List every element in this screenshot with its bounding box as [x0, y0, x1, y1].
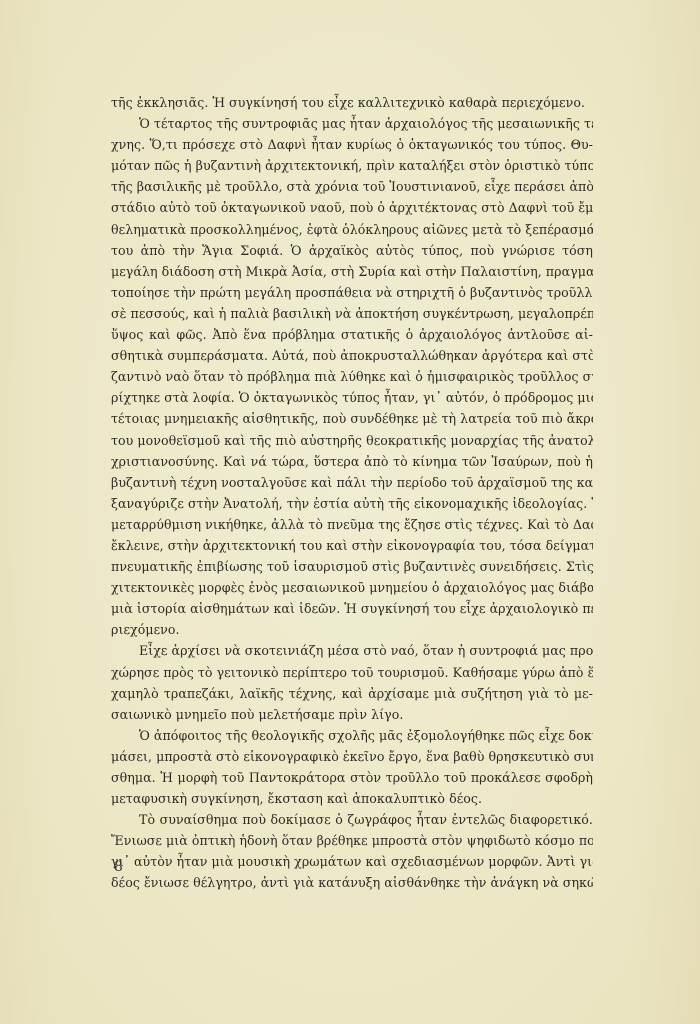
- text-line: Ἔνιωσε μιὰ ὀπτικὴ ἡδονὴ ὅταν βρέθηκε μπρ…: [111, 830, 593, 851]
- text-line: ρίχτηκε στὰ λοφία. Ὁ ὀκταγωνικὸς τύπος ἦ…: [111, 387, 593, 408]
- text-line: χιτεκτονικὲς μορφὲς ἑνὸς μεσαιωνικοῦ μνη…: [111, 577, 593, 598]
- text-line: του ἀπὸ τὴν Ἅγια Σοφιά. Ὁ ἀρχαϊκὸς αὐτὸς…: [111, 240, 593, 261]
- text-line: μεταρρύθμιση νικήθηκε, ἀλλὰ τὸ πνεῦμα τη…: [111, 514, 593, 535]
- text-line: χνης. Ὅ,τι πρόσεχε στὸ Δαφνὶ ἦταν κυρίως…: [111, 134, 593, 155]
- text-line: χώρησε πρὸς τὸ γειτονικὸ περίπτερο τοῦ τ…: [111, 662, 593, 683]
- text-line: τῆς βασιλικῆς μὲ τροῦλλο, στὰ χρόνια τοῦ…: [111, 176, 593, 197]
- text-line: τῆς ἐκκλησιᾶς. Ἡ συγκίνησή του εἶχε καλλ…: [111, 92, 593, 113]
- text-line: χαμηλὸ τραπεζάκι, λαϊκῆς τέχνης, καὶ ἀρχ…: [111, 683, 593, 704]
- text-line: πνευματικῆς ἐπιβίωσης τοῦ ἰσαυρισμοῦ στὶ…: [111, 556, 593, 577]
- text-line: Εἶχε ἀρχίσει νὰ σκοτεινιάζη μέσα στὸ ναό…: [111, 640, 593, 661]
- text-line: μεταφυσικὴ συγκίνηση, ἔκσταση καὶ ἀποκαλ…: [111, 788, 593, 809]
- text-line: χριστιανοσύνης. Καὶ νά τώρα, ὕστερα ἀπὸ …: [111, 451, 593, 472]
- text-line: βυζαντινὴ τέχνη νοσταλγοῦσε καὶ πάλι τὴν…: [111, 472, 593, 493]
- body-text: τῆς ἐκκλησιᾶς. Ἡ συγκίνησή του εἶχε καλλ…: [111, 92, 593, 894]
- text-line: στάδιο αὐτὸ τοῦ ὀκταγωνικοῦ ναοῦ, ποὺ ὁ …: [111, 197, 593, 218]
- text-line: Ὁ τέταρτος τῆς συντροφιᾶς μας ἦταν ἀρχαι…: [111, 113, 593, 134]
- text-line: μάσει, μπροστὰ στὸ εἰκονογραφικὸ ἐκεῖνο …: [111, 746, 593, 767]
- text-line: μεγάλη διάδοση στὴ Μικρὰ Ἀσία, στὴ Συρία…: [111, 261, 593, 282]
- text-line: τοποίησε τὴν πρώτη μεγάλη προσπάθεια νὰ …: [111, 282, 593, 303]
- page-number: 8: [114, 857, 123, 877]
- text-line: ζαντινὸ ναὸ ὅταν τὸ πρόβλημα πιὰ λύθηκε …: [111, 366, 593, 387]
- text-line: σαιωνικὸ μνημεῖο ποὺ μελετήσαμε πρὶν λίγ…: [111, 704, 593, 725]
- text-line: του μονοθεϊσμοῦ καὶ τῆς πιὸ αὐστηρῆς θεο…: [111, 430, 593, 451]
- text-line: μιὰ ἱστορία αἰσθημάτων καὶ ἰδεῶν. Ἡ συγκ…: [111, 598, 593, 619]
- text-line: ξαναγύριζε στὴν Ἀνατολή, τὴν ἑστία αὐτὴ …: [111, 493, 593, 514]
- text-line: ριεχόμενο.: [111, 619, 593, 640]
- text-line: σθημα. Ἡ μορφὴ τοῦ Παντοκράτορα στὸν τρο…: [111, 767, 593, 788]
- text-line: σὲ πεσσούς, καὶ ἡ παλιὰ βασιλικὴ νὰ ἀποκ…: [111, 303, 593, 324]
- book-page: τῆς ἐκκλησιᾶς. Ἡ συγκίνησή του εἶχε καλλ…: [0, 0, 700, 1024]
- text-line: γι᾽ αὐτὸν ἦταν μιὰ μουσικὴ χρωμάτων καὶ …: [111, 851, 593, 872]
- text-line: Τὸ συναίσθημα ποὺ δοκίμασε ὁ ζωγράφος ἦτ…: [111, 809, 593, 830]
- text-line: δέος ἔνιωσε θέλγητρο, ἀντὶ γιὰ κατάνυξη …: [111, 872, 593, 893]
- text-line: σθητικὰ συμπεράσματα. Αὐτά, ποὺ ἀποκρυστ…: [111, 345, 593, 366]
- text-line: θεληματικὰ προσκολλημένος, ἑφτὰ ὁλόκληρο…: [111, 219, 593, 240]
- text-line: Ὁ ἀπόφοιτος τῆς θεολογικῆς σχολῆς μᾶς ἐξ…: [111, 725, 593, 746]
- text-line: ὕψος καὶ φῶς. Ἀπὸ ἕνα πρόβλημα στατικῆς …: [111, 324, 593, 345]
- text-line: τέτοιας μνημειακῆς αἰσθητικῆς, ποὺ συνδέ…: [111, 408, 593, 429]
- text-line: μόταν πῶς ἡ βυζαντινὴ ἀρχιτεκτονική, πρὶ…: [111, 155, 593, 176]
- text-line: ἔκλεινε, στὴν ἀρχιτεκτονική του καὶ στὴν…: [111, 535, 593, 556]
